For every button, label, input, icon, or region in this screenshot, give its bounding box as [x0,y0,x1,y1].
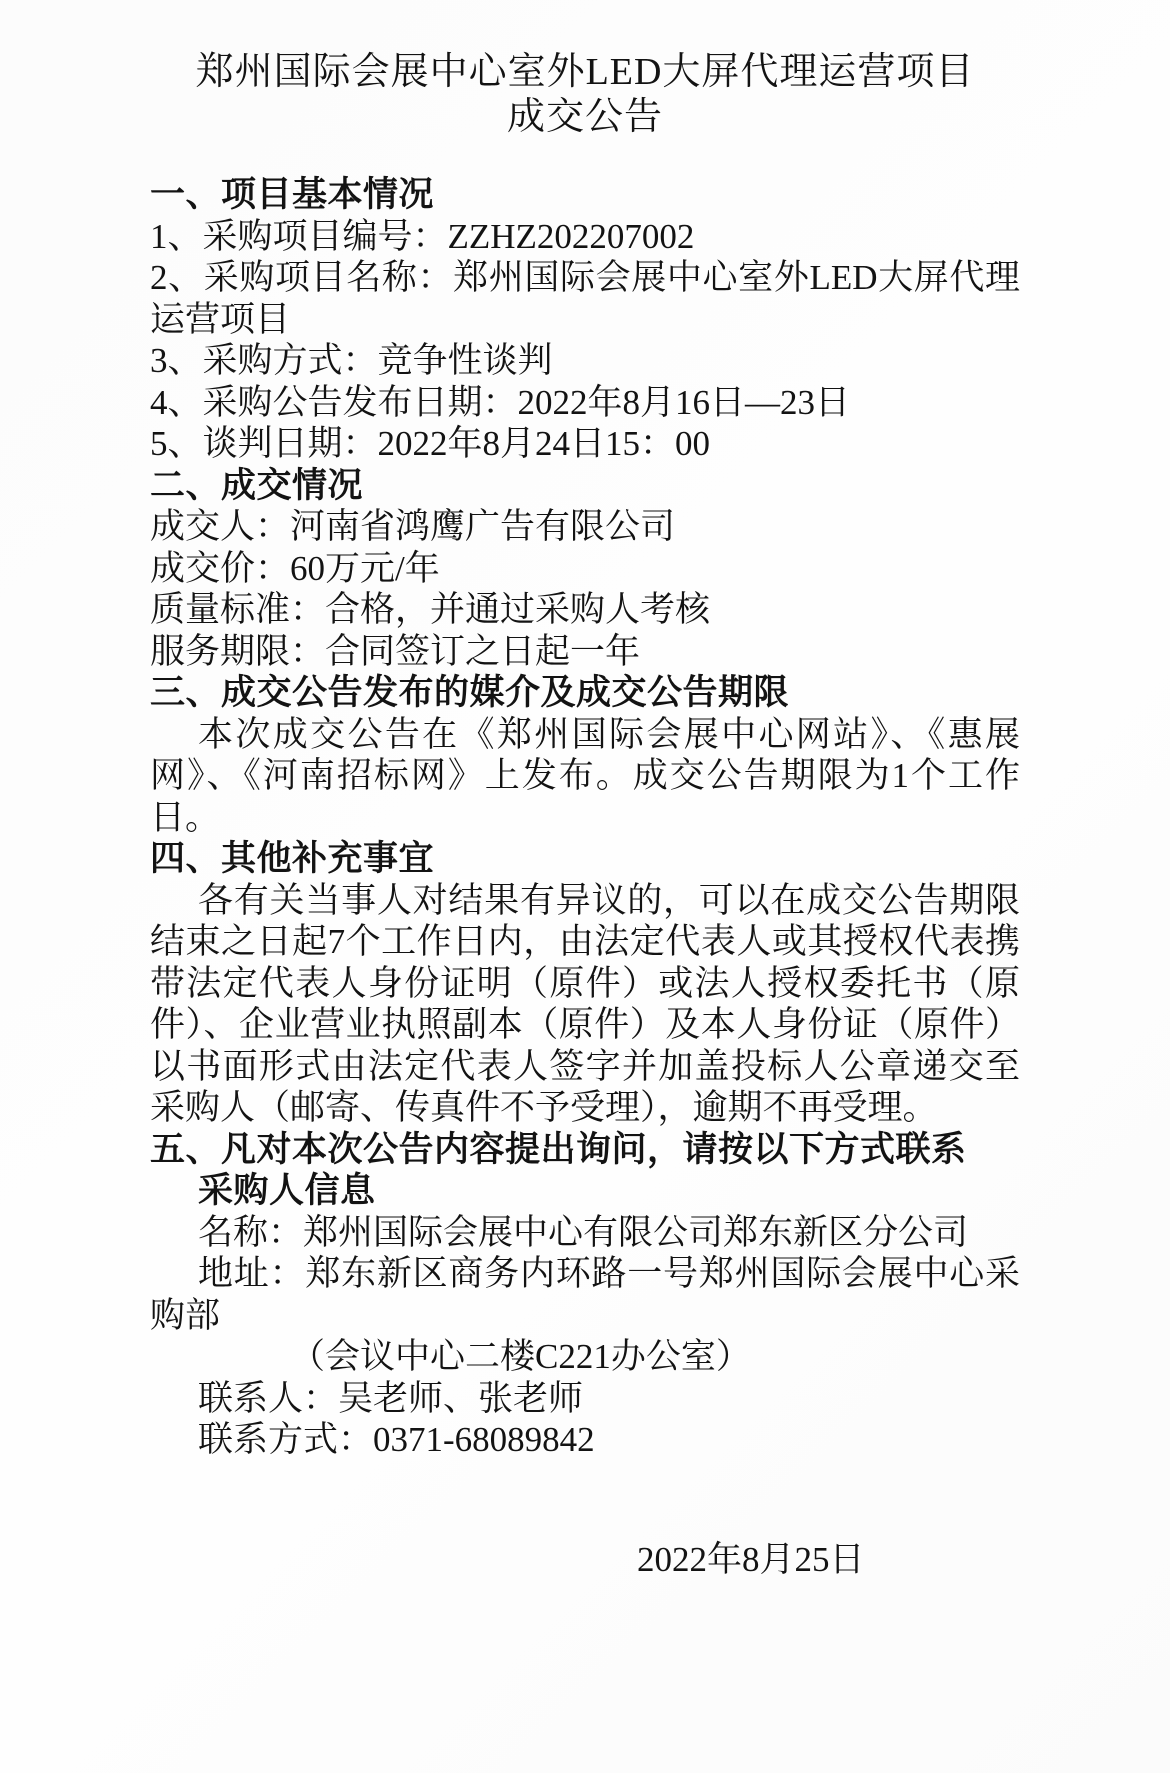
announcement-dates: 4、采购公告发布日期：2022年8月16日—23日 [150,382,1020,424]
section-3-body: 本次成交公告在《郑州国际会展中心网站》、《惠展网》、《河南招标网》上发布。成交公… [150,714,1020,839]
buyer-office-room: （会议中心二楼C221办公室） [150,1336,1020,1378]
section-3-heading: 三、成交公告发布的媒介及成交公告期限 [150,672,1020,714]
winning-price: 成交价：60万元/年 [150,548,1020,590]
doc-date: 2022年8月25日 [150,1539,1020,1581]
project-number: 1、采购项目编号：ZZHZ202207002 [150,216,1020,258]
buyer-info-subheading: 采购人信息 [150,1170,1020,1212]
contact-person: 联系人：吴老师、张老师 [150,1378,1020,1420]
section-2-heading: 二、成交情况 [150,465,1020,507]
buyer-name: 名称：郑州国际会展中心有限公司郑东新区分公司 [150,1212,1020,1254]
section-4-heading: 四、其他补充事宜 [150,838,1020,880]
negotiation-date: 5、谈判日期：2022年8月24日15：00 [150,423,1020,465]
section-1-heading: 一、项目基本情况 [150,174,1020,216]
contact-phone: 联系方式：0371-68089842 [150,1419,1020,1461]
doc-title: 郑州国际会展中心室外LED大屏代理运营项目 成交公告 [150,50,1020,140]
procurement-method: 3、采购方式：竞争性谈判 [150,340,1020,382]
section-4-body: 各有关当事人对结果有异议的，可以在成交公告期限结束之日起7个工作日内，由法定代表… [150,880,1020,1129]
project-name: 2、采购项目名称：郑州国际会展中心室外LED大屏代理运营项目 [150,257,1020,340]
winner-name: 成交人：河南省鸿鹰广告有限公司 [150,506,1020,548]
section-5-heading: 五、凡对本次公告内容提出询问，请按以下方式联系 [150,1129,1020,1171]
quality-standard: 质量标准：合格，并通过采购人考核 [150,589,1020,631]
service-period: 服务期限：合同签订之日起一年 [150,631,1020,673]
doc-title-line-2: 成交公告 [150,95,1020,140]
doc-title-line-1: 郑州国际会展中心室外LED大屏代理运营项目 [150,50,1020,95]
document-page: 郑州国际会展中心室外LED大屏代理运营项目 成交公告 一、项目基本情况 1、采购… [0,0,1170,1773]
buyer-address: 地址：郑东新区商务内环路一号郑州国际会展中心采购部 [150,1253,1020,1336]
